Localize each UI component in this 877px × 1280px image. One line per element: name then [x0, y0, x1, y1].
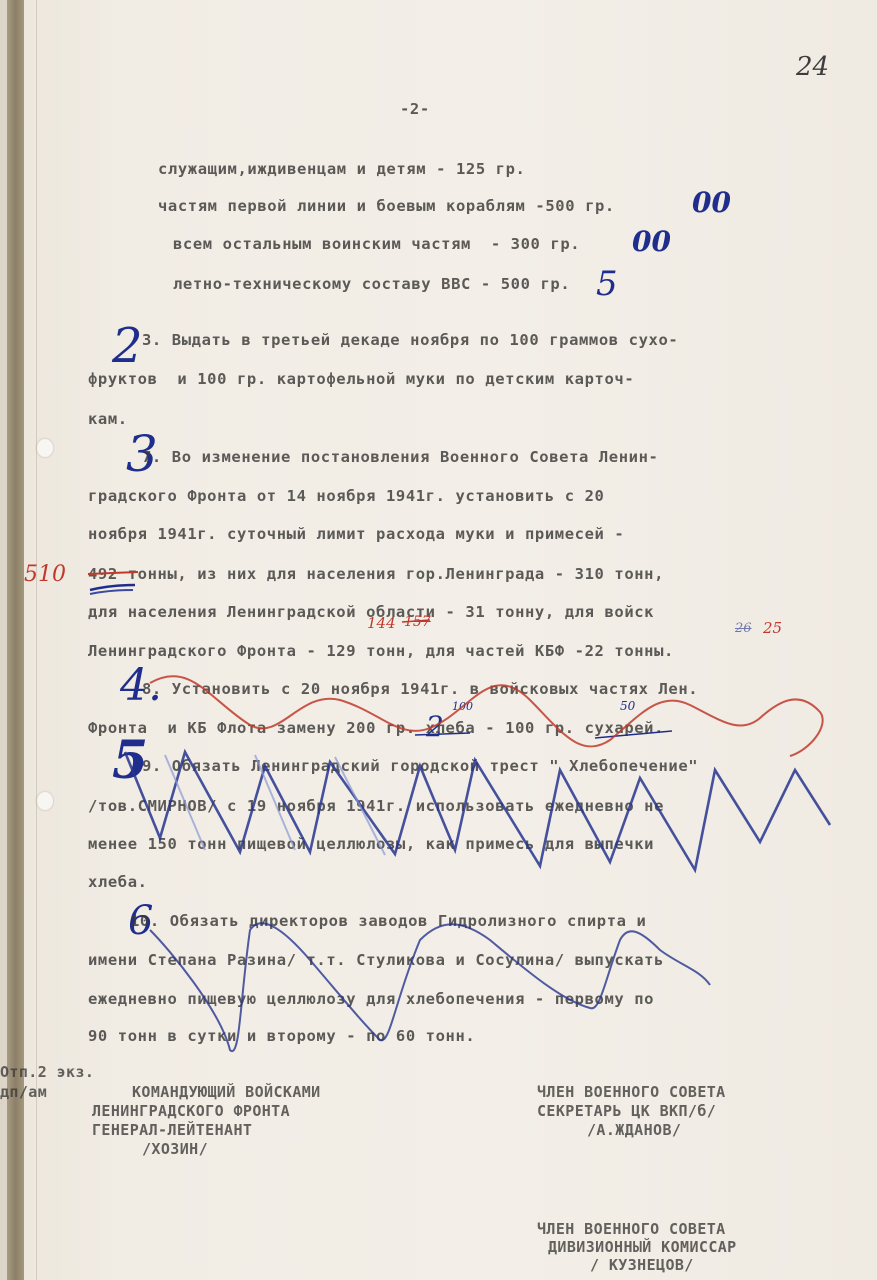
signature-left-line: ГЕНЕРАЛ-ЛЕЙТЕНАНТ: [92, 1121, 252, 1139]
item-line: градского Фронта от 14 ноября 1941г. уст…: [88, 487, 604, 505]
item-line: 3. Выдать в третьей декаде ноября по 100…: [142, 331, 678, 349]
ration-line: всем остальным воинским частям - 300 гр.: [173, 235, 580, 253]
correction-bread: 2: [426, 710, 444, 743]
struck-correction-front: 157: [404, 614, 431, 630]
red-margin-correction: 510: [24, 562, 66, 587]
signature-bottom-line: ЧЛЕН ВОЕННОГО СОВЕТА: [537, 1220, 726, 1238]
signature-right-line: СЕКРЕТАРЬ ЦК ВКП/б/: [537, 1102, 716, 1120]
item-line: ноября 1941г. суточный лимит расхода мук…: [88, 525, 624, 543]
ration-line: летно-техническому составу ВВС - 500 гр.: [173, 275, 570, 293]
item-line: 10. Обязать директоров заводов Гидролизн…: [130, 912, 646, 930]
ration-line: служащим,иждивенцам и детям - 125 гр.: [158, 160, 525, 178]
item-line: 9. Обязать Ленинградский городской трест…: [142, 757, 698, 775]
item-line: 7. Во изменение постановления Военного С…: [142, 448, 658, 466]
item-number: 2: [112, 318, 143, 374]
item-line: менее 150 тонн пищевой целлюлозы, как пр…: [88, 835, 654, 853]
item-line: ежедневно пищевую целлюлозу для хлебопеч…: [88, 990, 654, 1008]
red-correction-kbf: 25: [763, 619, 782, 637]
punch-hole: [37, 792, 53, 810]
signature-left-line: ЛЕНИНГРАДСКОГО ФРОНТА: [92, 1102, 290, 1120]
item-line: имени Степана Разина/ т.т. Стуликова и С…: [88, 951, 664, 969]
red-correction-front: 144: [367, 614, 396, 632]
item-line: Фронта и КБ Флота замену 200 гр. хлеба -…: [88, 719, 664, 737]
signature-right-line: ЧЛЕН ВОЕННОГО СОВЕТА: [537, 1083, 726, 1101]
signature-left-line: КОМАНДУЮЩИЙ ВОЙСКАМИ: [132, 1083, 321, 1101]
item-line: фруктов и 100 гр. картофельной муки по д…: [88, 370, 634, 388]
document-page: 24 -2- служащим,иждивенцам и детям - 125…: [0, 0, 877, 1280]
item-line: хлеба.: [88, 873, 148, 891]
signature-bottom-line: ДИВИЗИОННЫЙ КОМИССАР: [548, 1238, 737, 1256]
distribution-note: Отп.2 экз.: [0, 1063, 94, 1081]
item-line: Ленинградского Фронта - 129 тонн, для ча…: [88, 642, 674, 660]
blue-underline: [90, 585, 135, 590]
item-line: кам.: [88, 410, 128, 428]
archive-page-number: 24: [796, 52, 829, 82]
ration-line: частям первой линии и боевым кораблям -5…: [158, 197, 615, 215]
distribution-note: дп/ам: [0, 1083, 47, 1101]
page-marker: -2-: [400, 100, 430, 118]
signature-bottom-name: / КУЗНЕЦОВ/: [590, 1256, 694, 1274]
correction-rusk-super: 50: [620, 699, 635, 713]
struck-correction-kbf: 26: [735, 621, 752, 636]
handwritten-correction: 5: [596, 264, 618, 304]
item-line: /тов.СМИРНОВ/ с 19 ноября 1941г. использ…: [88, 797, 664, 815]
handwritten-correction: 00: [692, 186, 731, 219]
item-line: 90 тонн в сутки и второму - по 60 тонн.: [88, 1027, 475, 1045]
correction-bread-super: 100: [452, 700, 473, 713]
signature-right-name: /А.ЖДАНОВ/: [587, 1121, 681, 1139]
punch-hole: [37, 439, 53, 457]
signature-left-name: /ХОЗИН/: [142, 1140, 208, 1158]
item-line: 492 тонны, из них для населения гор.Лени…: [88, 565, 664, 583]
item-line: 8. Установить с 20 ноября 1941г. в войск…: [142, 680, 698, 698]
handwritten-correction: 00: [632, 225, 671, 258]
